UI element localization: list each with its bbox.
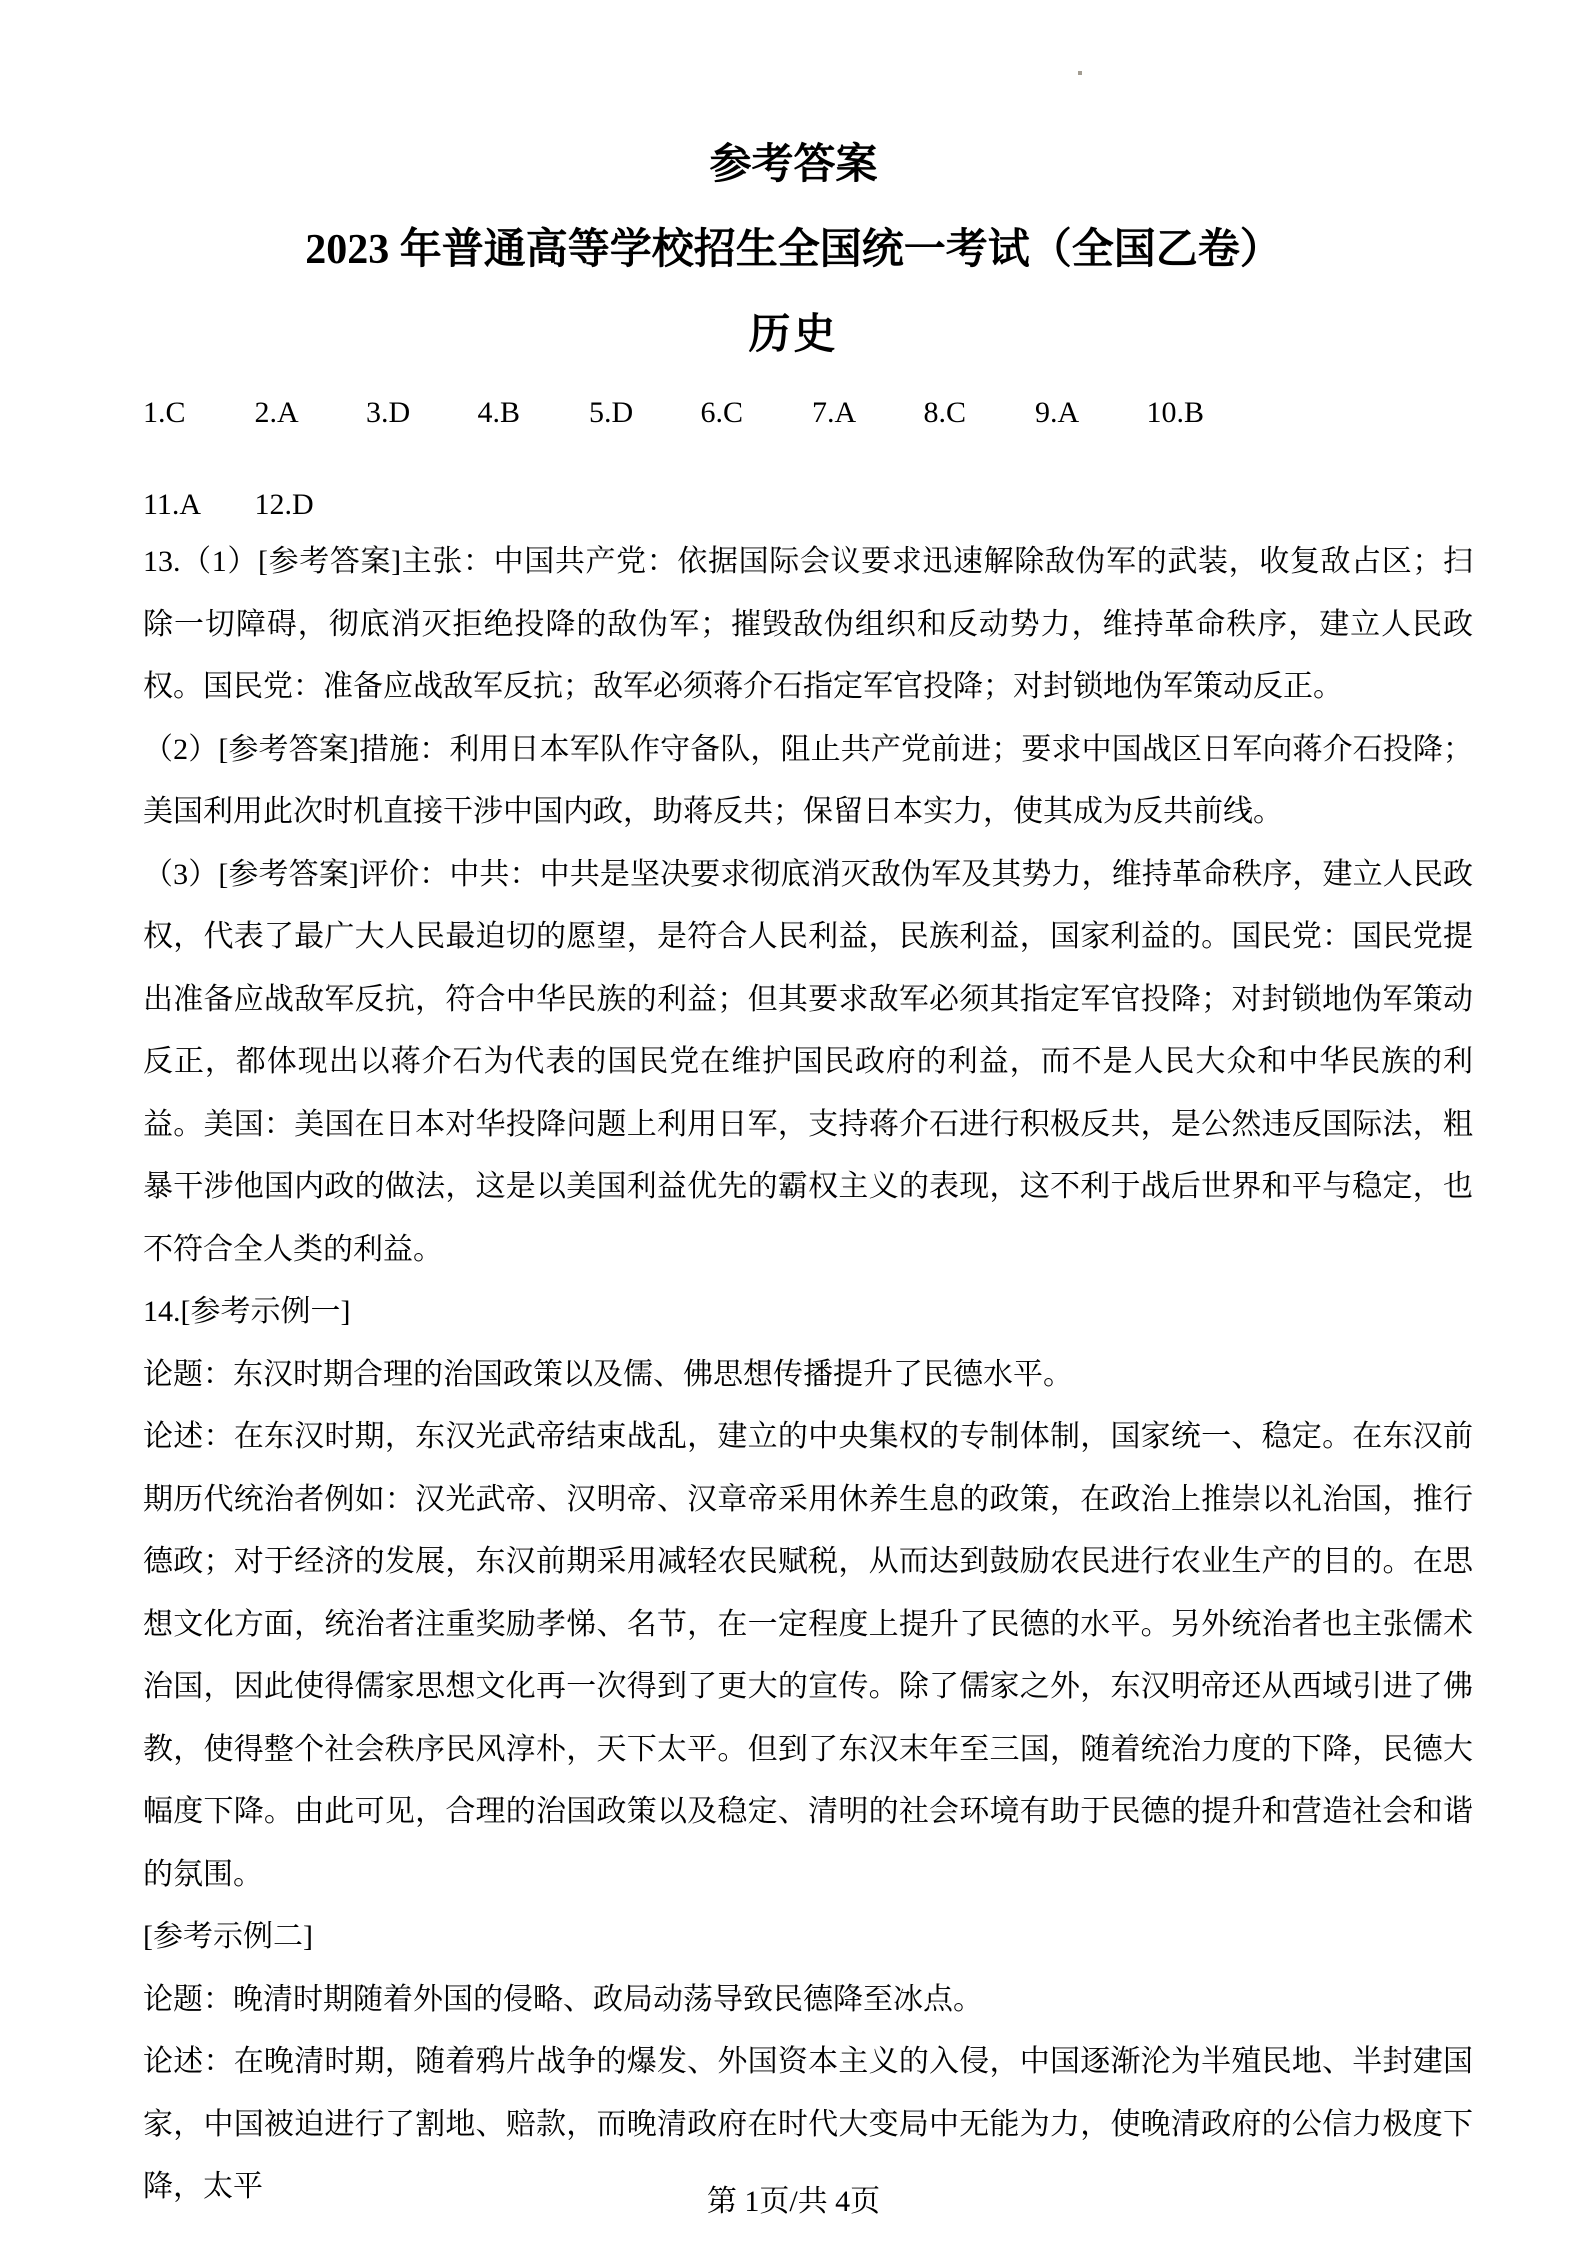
answer-item: 8.C bbox=[924, 396, 1036, 430]
q13-part2-answer: （2）[参考答案]措施：利用日本军队作守备队，阻止共产党前进；要求中国战区日军向… bbox=[143, 719, 1473, 844]
page-number: 第 1页/共 4页 bbox=[0, 2176, 1587, 2220]
answer-item: 6.C bbox=[701, 396, 813, 430]
q13-part3-answer: （3）[参考答案]评价：中共：中共是坚决要求彻底消灭敌伪军及其势力，维持革命秩序… bbox=[143, 844, 1473, 1282]
answer-item: 3.D bbox=[366, 396, 478, 430]
answer-item: 10.B bbox=[1147, 396, 1205, 430]
choice-answers-row-2: 11.A 12.D bbox=[143, 488, 1503, 522]
answer-item: 4.B bbox=[478, 396, 590, 430]
q13-part1-answer: 13.（1）[参考答案]主张：中国共产党：依据国际会议要求迅速解除敌伪军的武装，… bbox=[143, 531, 1473, 719]
subject-title: 历史 bbox=[0, 301, 1587, 361]
answer-item: 12.D bbox=[255, 488, 314, 522]
page-title: 参考答案 bbox=[0, 131, 1587, 191]
answer-body: 13.（1）[参考答案]主张：中国共产党：依据国际会议要求迅速解除敌伪军的武装，… bbox=[143, 531, 1473, 2219]
answer-key-page: 参考答案 2023 年普通高等学校招生全国统一考试（全国乙卷） 历史 1.C 2… bbox=[0, 0, 1587, 2245]
q14-example2-label: [参考示例二] bbox=[143, 1906, 1473, 1969]
exam-title: 2023 年普通高等学校招生全国统一考试（全国乙卷） bbox=[0, 216, 1587, 276]
q14-example1-label: 14.[参考示例一] bbox=[143, 1281, 1473, 1344]
answer-item: 2.A bbox=[255, 396, 367, 430]
answer-item: 9.A bbox=[1035, 396, 1147, 430]
answer-item: 7.A bbox=[812, 396, 924, 430]
answer-item: 11.A bbox=[143, 488, 255, 522]
q14-topic2: 论题：晚清时期随着外国的侵略、政局动荡导致民德降至冰点。 bbox=[143, 1969, 1473, 2032]
scan-artifact-dot bbox=[1078, 71, 1082, 75]
answer-item: 1.C bbox=[143, 396, 255, 430]
choice-answers-row-1: 1.C 2.A 3.D 4.B 5.D 6.C 7.A 8.C 9.A 10.B bbox=[143, 396, 1503, 430]
q14-essay1: 论述：在东汉时期，东汉光武帝结束战乱，建立的中央集权的专制体制，国家统一、稳定。… bbox=[143, 1406, 1473, 1906]
q14-topic1: 论题：东汉时期合理的治国政策以及儒、佛思想传播提升了民德水平。 bbox=[143, 1344, 1473, 1407]
answer-item: 5.D bbox=[589, 396, 701, 430]
